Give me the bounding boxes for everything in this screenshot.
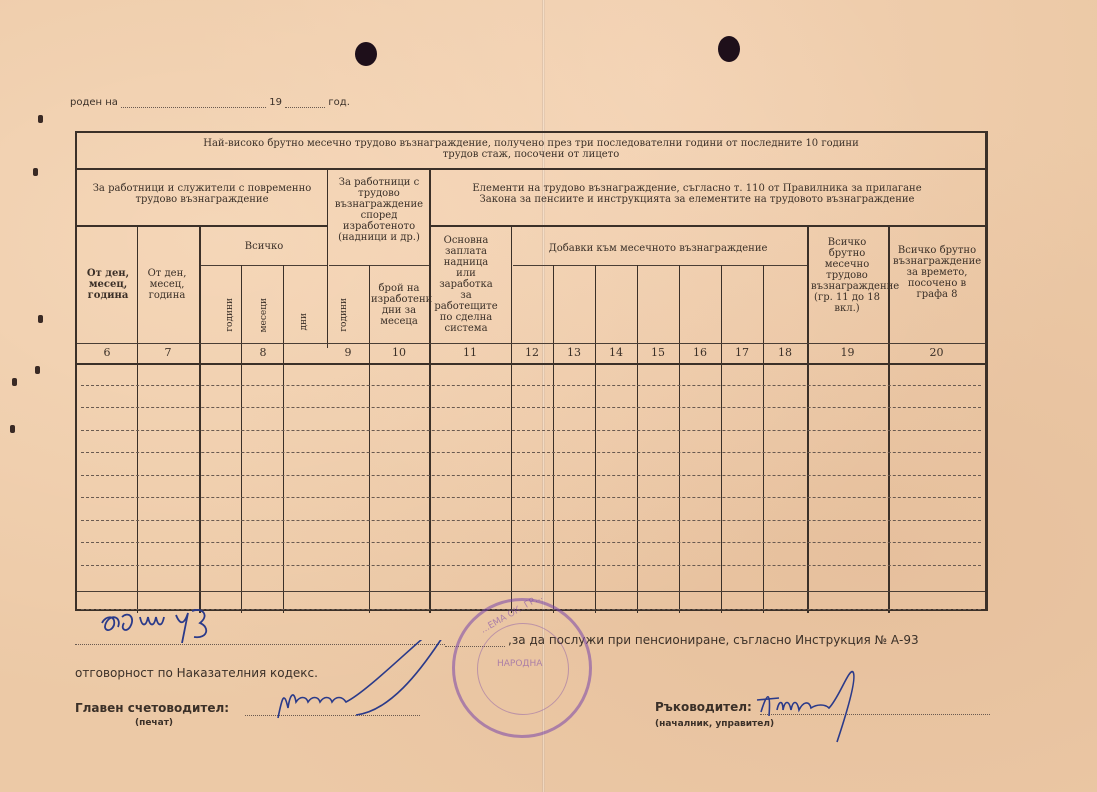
col-num: 15 xyxy=(637,346,679,359)
col-total-monthly-header: Всичко брутно месечно трудово възнагражд… xyxy=(811,237,883,314)
table-row[interactable] xyxy=(81,452,981,453)
chief-accountant-label: Главен счетоводител: xyxy=(75,701,229,715)
col-num: 20 xyxy=(888,346,985,359)
earnings-table: Най-високо брутно месечно трудово възнаг… xyxy=(75,131,988,611)
col-base-header: Основна заплата надница или заработка за… xyxy=(433,235,499,334)
edge-hole xyxy=(38,115,43,123)
col-num: 10 xyxy=(369,346,429,359)
table-row[interactable] xyxy=(81,475,981,476)
sub-months: месеци xyxy=(259,298,269,332)
col-num: 6 xyxy=(77,346,137,359)
group-time-header: За работници и служители с повременно тр… xyxy=(82,183,322,205)
col-from-header: От ден, месец, година xyxy=(80,268,136,301)
table-title: Най-високо брутно месечно трудово възнаг… xyxy=(77,138,985,160)
table-row[interactable] xyxy=(81,407,981,408)
col-num: 19 xyxy=(807,346,888,359)
chief-accountant-signature xyxy=(270,640,460,730)
edge-hole xyxy=(33,168,38,176)
col-num: 16 xyxy=(679,346,721,359)
edge-hole xyxy=(35,366,40,374)
piece-days-header: брой на изработени дни за месеца xyxy=(371,283,427,327)
sub-days: дни xyxy=(299,313,309,331)
table-row[interactable] xyxy=(81,385,981,386)
table-row[interactable] xyxy=(81,497,981,498)
col-num: 17 xyxy=(721,346,763,359)
piece-years: години xyxy=(339,298,349,332)
table-row[interactable] xyxy=(81,542,981,543)
year-suffix: год. xyxy=(328,97,349,108)
col-num: 14 xyxy=(595,346,637,359)
born-line: роден на 19 год. xyxy=(70,97,350,108)
col-num: 18 xyxy=(763,346,807,359)
group-piece-header: За работници с трудово възнаграждение сп… xyxy=(330,177,428,243)
born-place-field[interactable] xyxy=(121,98,266,108)
born-year-field[interactable] xyxy=(285,98,325,108)
col-num: 13 xyxy=(553,346,595,359)
punch-hole-right xyxy=(718,36,740,62)
manager-label: Ръководител: xyxy=(655,700,752,714)
col-total-header: Всичко xyxy=(201,241,327,252)
edge-hole xyxy=(12,378,17,386)
col-num: 9 xyxy=(327,346,369,359)
punch-hole-left xyxy=(355,42,377,66)
handwritten-note xyxy=(88,605,228,660)
col-num: 12 xyxy=(511,346,553,359)
stamp-label: (печат) xyxy=(135,718,173,728)
group-elements-header: Елементи на трудово възнаграждение, съгл… xyxy=(467,183,927,205)
sub-years: години xyxy=(225,298,235,332)
edge-hole xyxy=(38,315,43,323)
official-stamp: ...ЕМА ОК. ГР... НАРОДНА xyxy=(452,598,592,738)
edge-hole xyxy=(10,425,15,433)
table-row[interactable] xyxy=(81,520,981,521)
table-row[interactable] xyxy=(81,565,981,566)
born-label: роден на xyxy=(70,97,118,108)
col-extras-header: Добавки към месечното възнаграждение xyxy=(513,243,803,254)
table-row[interactable] xyxy=(81,430,981,431)
col-num: 7 xyxy=(137,346,199,359)
col-to-header: От ден, месец, година xyxy=(139,268,195,301)
year-prefix: 19 xyxy=(269,97,282,108)
manager-signature xyxy=(755,662,895,752)
col-num: 11 xyxy=(429,346,511,359)
col-total-period-header: Всичко брутно възнаграждение за времето,… xyxy=(893,245,981,300)
col-num: 8 xyxy=(199,346,327,359)
